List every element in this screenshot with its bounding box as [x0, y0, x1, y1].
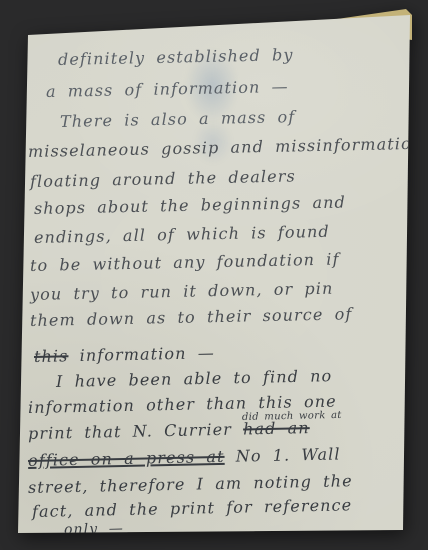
- handwritten-line: this information —: [34, 343, 215, 366]
- text-segment: only —: [64, 521, 124, 538]
- handwritten-line: There is also a mass of: [60, 107, 296, 131]
- handwritten-line: fact, and the print for reference: [32, 495, 353, 521]
- handwritten-line: misselaneous gossip and missinformation: [28, 134, 424, 161]
- text-segment: definitely established by: [58, 45, 294, 69]
- text-segment: them down as to their source of: [30, 304, 353, 330]
- text-segment: a mass of information —: [46, 77, 289, 101]
- handwritten-line: street, therefore I am noting the: [28, 471, 353, 497]
- text-segment: to be without any foundation if: [30, 250, 340, 275]
- text-segment: information —: [68, 343, 215, 365]
- strikethrough-text: this: [34, 346, 69, 366]
- paper-wrapper: definitely established bya mass of infor…: [0, 0, 428, 550]
- handwritten-line: I have been able to find no: [56, 366, 333, 391]
- text-segment: you try to run it down, or pin: [30, 279, 334, 304]
- handwritten-line: them down as to their source of: [30, 304, 353, 330]
- text-segment: No 1. Wall: [224, 444, 340, 465]
- handwritten-line: definitely established by: [58, 45, 294, 69]
- handwritten-line: shops about the beginnings and: [34, 192, 346, 218]
- text-segment: There is also a mass of: [60, 107, 296, 131]
- handwritten-line: print that N. Currier had an: [28, 418, 310, 443]
- manuscript-paper: definitely established bya mass of infor…: [0, 0, 428, 550]
- handwritten-line: to be without any foundation if: [30, 250, 340, 275]
- text-segment: endings, all of which is found: [34, 222, 330, 247]
- handwritten-line: a mass of information —: [46, 77, 289, 101]
- text-segment: print that N. Currier: [28, 419, 243, 443]
- text-segment: I have been able to find no: [56, 366, 333, 391]
- handwritten-line: only —: [64, 521, 124, 538]
- handwritten-line: endings, all of which is found: [34, 222, 330, 247]
- text-segment: fact, and the print for reference: [32, 495, 353, 521]
- strikethrough-text: office on a press at: [28, 447, 225, 470]
- text-segment: shops about the beginnings and: [34, 192, 346, 218]
- handwritten-line: office on a press at No 1. Wall: [28, 444, 341, 470]
- handwritten-line: floating around the dealers: [30, 166, 296, 191]
- handwritten-line: you try to run it down, or pin: [30, 279, 334, 304]
- text-segment: street, therefore I am noting the: [28, 471, 353, 497]
- text-segment: misselaneous gossip and missinformation: [28, 134, 424, 161]
- strikethrough-text: had an: [243, 418, 310, 438]
- text-segment: floating around the dealers: [30, 166, 296, 191]
- photo-background: definitely established bya mass of infor…: [0, 0, 428, 550]
